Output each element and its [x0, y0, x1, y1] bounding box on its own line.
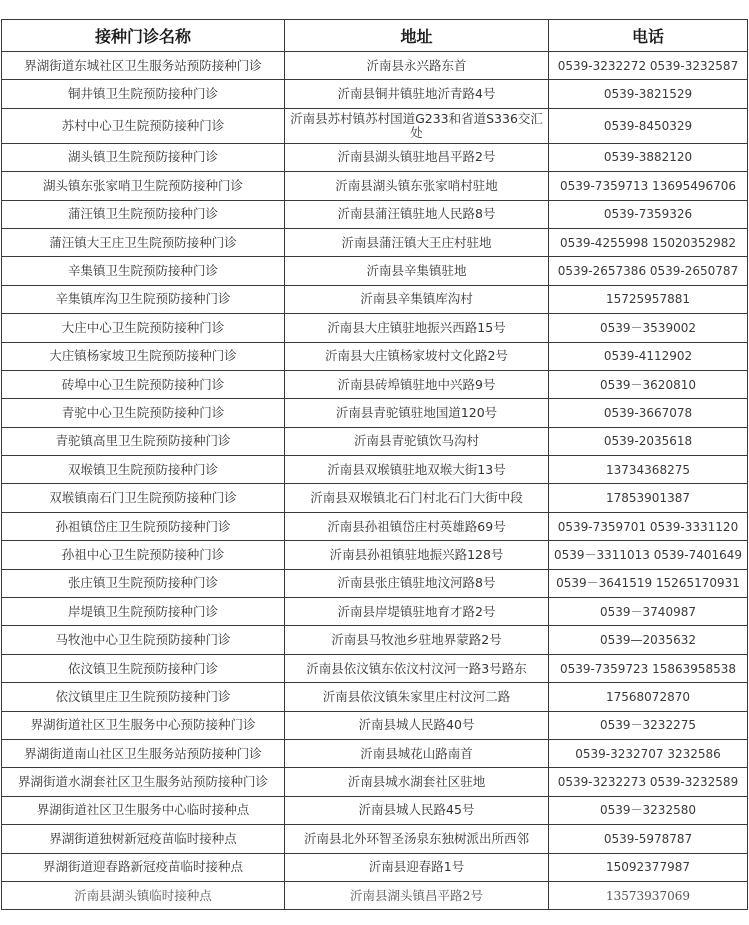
table-row: 界湖街道东城社区卫生服务站预防接种门诊沂南县永兴路东首0539-3232272 … [2, 52, 748, 80]
table-row: 青驼镇高里卫生院预防接种门诊沂南县青驼镇饮马沟村0539-2035618 [2, 427, 748, 455]
table-row: 蒲汪镇卫生院预防接种门诊沂南县蒲汪镇驻地人民路8号0539-7359326 [2, 200, 748, 228]
phone-cell: 0539-8450329 [549, 108, 748, 143]
table-row: 依汶镇里庄卫生院预防接种门诊沂南县依汶镇朱家里庄村汶河二路17568072870 [2, 683, 748, 711]
clinic-name-cell: 湖头镇卫生院预防接种门诊 [2, 143, 285, 171]
address-cell: 沂南县依汶镇东依汶村汶河一路3号路东 [285, 654, 549, 682]
address-cell: 沂南县城水湖套社区驻地 [285, 768, 549, 796]
clinic-name-cell: 岸堤镇卫生院预防接种门诊 [2, 598, 285, 626]
table-header: 接种门诊名称 地址 电话 [2, 20, 748, 52]
clinic-name-cell: 界湖街道迎春路新冠疫苗临时接种点 [2, 853, 285, 881]
address-cell: 沂南县城人民路45号 [285, 796, 549, 824]
phone-cell: 0539-3821529 [549, 80, 748, 108]
phone-cell: 0539－3232275 [549, 711, 748, 739]
clinic-name-cell: 苏村中心卫生院预防接种门诊 [2, 108, 285, 143]
table-row: 苏村中心卫生院预防接种门诊沂南县苏村镇苏村国道G233和省道S336交汇处053… [2, 108, 748, 143]
phone-cell: 0539－3620810 [549, 370, 748, 398]
table-row: 界湖街道迎春路新冠疫苗临时接种点沂南县迎春路1号15092377987 [2, 853, 748, 881]
clinic-name-cell: 张庄镇卫生院预防接种门诊 [2, 569, 285, 597]
phone-cell: 0539－3232580 [549, 796, 748, 824]
address-cell: 沂南县岸堤镇驻地育才路2号 [285, 598, 549, 626]
clinic-name-cell: 辛集镇卫生院预防接种门诊 [2, 257, 285, 285]
table-row: 孙祖镇岱庄卫生院预防接种门诊沂南县孙祖镇岱庄村英雄路69号0539-735970… [2, 512, 748, 540]
clinic-name-cell: 青驼镇高里卫生院预防接种门诊 [2, 427, 285, 455]
address-cell: 沂南县苏村镇苏村国道G233和省道S336交汇处 [285, 108, 549, 143]
address-cell: 沂南县双堠镇驻地双堠大街13号 [285, 456, 549, 484]
clinic-name-cell: 依汶镇卫生院预防接种门诊 [2, 654, 285, 682]
phone-cell: 0539-2035618 [549, 427, 748, 455]
clinic-name-cell: 青驼中心卫生院预防接种门诊 [2, 399, 285, 427]
clinic-name-cell: 双堠镇南石门卫生院预防接种门诊 [2, 484, 285, 512]
table-row: 辛集镇卫生院预防接种门诊沂南县辛集镇驻地0539-2657386 0539-26… [2, 257, 748, 285]
address-cell: 沂南县迎春路1号 [285, 853, 549, 881]
table-row: 湖头镇卫生院预防接种门诊沂南县湖头镇驻地昌平路2号0539-3882120 [2, 143, 748, 171]
table-row: 蒲汪镇大王庄卫生院预防接种门诊沂南县蒲汪镇大王庄村驻地0539-4255998 … [2, 228, 748, 256]
address-cell: 沂南县北外环智圣汤泉东独树派出所西邻 [285, 825, 549, 853]
address-cell: 沂南县蒲汪镇大王庄村驻地 [285, 228, 549, 256]
address-cell: 沂南县孙祖镇岱庄村英雄路69号 [285, 512, 549, 540]
address-cell: 沂南县辛集镇库沟村 [285, 285, 549, 313]
clinic-name-cell: 孙祖中心卫生院预防接种门诊 [2, 541, 285, 569]
clinic-name-cell: 界湖街道南山社区卫生服务站预防接种门诊 [2, 739, 285, 767]
table-row: 界湖街道水湖套社区卫生服务站预防接种门诊沂南县城水湖套社区驻地0539-3232… [2, 768, 748, 796]
clinic-name-cell: 辛集镇库沟卫生院预防接种门诊 [2, 285, 285, 313]
phone-cell: 0539-3667078 [549, 399, 748, 427]
address-cell: 沂南县永兴路东首 [285, 52, 549, 80]
clinic-name-cell: 大庄镇杨家坡卫生院预防接种门诊 [2, 342, 285, 370]
clinic-name-cell: 铜井镇卫生院预防接种门诊 [2, 80, 285, 108]
header-row: 接种门诊名称 地址 电话 [2, 20, 748, 52]
phone-cell: 0539-3882120 [549, 143, 748, 171]
phone-cell: 0539－3740987 [549, 598, 748, 626]
address-cell: 沂南县辛集镇驻地 [285, 257, 549, 285]
table-row: 大庄镇杨家坡卫生院预防接种门诊沂南县大庄镇杨家坡村文化路2号0539-41129… [2, 342, 748, 370]
clinic-name-cell: 蒲汪镇大王庄卫生院预防接种门诊 [2, 228, 285, 256]
clinic-name-cell: 砖埠中心卫生院预防接种门诊 [2, 370, 285, 398]
clinic-name-cell: 沂南县湖头镇临时接种点 [2, 881, 285, 909]
phone-cell: 0539-4255998 15020352982 [549, 228, 748, 256]
phone-cell: 0539－3641519 15265170931 [549, 569, 748, 597]
table-row: 界湖街道独树新冠疫苗临时接种点沂南县北外环智圣汤泉东独树派出所西邻0539-59… [2, 825, 748, 853]
phone-cell: 0539-7359713 13695496706 [549, 172, 748, 200]
phone-cell: 0539-4112902 [549, 342, 748, 370]
address-cell: 沂南县大庄镇杨家坡村文化路2号 [285, 342, 549, 370]
address-cell: 沂南县铜井镇驻地沂青路4号 [285, 80, 549, 108]
address-cell: 沂南县湖头镇东张家哨村驻地 [285, 172, 549, 200]
phone-cell: 0539-7359326 [549, 200, 748, 228]
header-phone: 电话 [549, 20, 748, 52]
address-cell: 沂南县张庄镇驻地汶河路8号 [285, 569, 549, 597]
table-row: 湖头镇东张家哨卫生院预防接种门诊沂南县湖头镇东张家哨村驻地0539-735971… [2, 172, 748, 200]
clinic-name-cell: 界湖街道社区卫生服务中心临时接种点 [2, 796, 285, 824]
vaccination-clinic-table: 接种门诊名称 地址 电话 界湖街道东城社区卫生服务站预防接种门诊沂南县永兴路东首… [1, 19, 748, 910]
table-row: 孙祖中心卫生院预防接种门诊沂南县孙祖镇驻地振兴路128号0539－3311013… [2, 541, 748, 569]
phone-cell: 0539－3539002 [549, 314, 748, 342]
table-row: 依汶镇卫生院预防接种门诊沂南县依汶镇东依汶村汶河一路3号路东0539-73597… [2, 654, 748, 682]
table-row: 铜井镇卫生院预防接种门诊沂南县铜井镇驻地沂青路4号0539-3821529 [2, 80, 748, 108]
address-cell: 沂南县湖头镇昌平路2号 [285, 881, 549, 909]
clinic-name-cell: 大庄中心卫生院预防接种门诊 [2, 314, 285, 342]
phone-cell: 0539-3232273 0539-3232589 [549, 768, 748, 796]
header-clinic-name: 接种门诊名称 [2, 20, 285, 52]
phone-cell: 0539—2035632 [549, 626, 748, 654]
clinic-name-cell: 界湖街道独树新冠疫苗临时接种点 [2, 825, 285, 853]
address-cell: 沂南县马牧池乡驻地界蒙路2号 [285, 626, 549, 654]
table-row: 双堠镇卫生院预防接种门诊沂南县双堠镇驻地双堠大街13号13734368275 [2, 456, 748, 484]
clinic-name-cell: 界湖街道东城社区卫生服务站预防接种门诊 [2, 52, 285, 80]
phone-cell: 13734368275 [549, 456, 748, 484]
header-address: 地址 [285, 20, 549, 52]
address-cell: 沂南县大庄镇驻地振兴西路15号 [285, 314, 549, 342]
address-cell: 沂南县青驼镇驻地国道120号 [285, 399, 549, 427]
table-row: 辛集镇库沟卫生院预防接种门诊沂南县辛集镇库沟村15725957881 [2, 285, 748, 313]
phone-cell: 17853901387 [549, 484, 748, 512]
phone-cell: 0539-2657386 0539-2650787 [549, 257, 748, 285]
phone-cell: 0539-7359701 0539-3331120 [549, 512, 748, 540]
table-row: 界湖街道社区卫生服务中心预防接种门诊沂南县城人民路40号0539－3232275 [2, 711, 748, 739]
phone-cell: 0539－3311013 0539-7401649 [549, 541, 748, 569]
clinic-name-cell: 湖头镇东张家哨卫生院预防接种门诊 [2, 172, 285, 200]
table-body: 界湖街道东城社区卫生服务站预防接种门诊沂南县永兴路东首0539-3232272 … [2, 52, 748, 910]
phone-cell: 0539-5978787 [549, 825, 748, 853]
address-cell: 沂南县双堠镇北石门村北石门大街中段 [285, 484, 549, 512]
table-row: 青驼中心卫生院预防接种门诊沂南县青驼镇驻地国道120号0539-3667078 [2, 399, 748, 427]
clinic-name-cell: 界湖街道社区卫生服务中心预防接种门诊 [2, 711, 285, 739]
phone-cell: 0539-3232707 3232586 [549, 739, 748, 767]
table-row: 张庄镇卫生院预防接种门诊沂南县张庄镇驻地汶河路8号0539－3641519 15… [2, 569, 748, 597]
phone-cell: 0539-7359723 15863958538 [549, 654, 748, 682]
vaccination-clinic-table-container: 接种门诊名称 地址 电话 界湖街道东城社区卫生服务站预防接种门诊沂南县永兴路东首… [1, 19, 748, 910]
phone-cell: 13573937069 [549, 881, 748, 909]
table-row: 大庄中心卫生院预防接种门诊沂南县大庄镇驻地振兴西路15号0539－3539002 [2, 314, 748, 342]
clinic-name-cell: 马牧池中心卫生院预防接种门诊 [2, 626, 285, 654]
clinic-name-cell: 蒲汪镇卫生院预防接种门诊 [2, 200, 285, 228]
phone-cell: 15725957881 [549, 285, 748, 313]
clinic-name-cell: 孙祖镇岱庄卫生院预防接种门诊 [2, 512, 285, 540]
table-row: 界湖街道南山社区卫生服务站预防接种门诊沂南县城花山路南首0539-3232707… [2, 739, 748, 767]
address-cell: 沂南县青驼镇饮马沟村 [285, 427, 549, 455]
phone-cell: 17568072870 [549, 683, 748, 711]
address-cell: 沂南县城花山路南首 [285, 739, 549, 767]
table-row: 砖埠中心卫生院预防接种门诊沂南县砖埠镇驻地中兴路9号0539－3620810 [2, 370, 748, 398]
address-cell: 沂南县砖埠镇驻地中兴路9号 [285, 370, 549, 398]
clinic-name-cell: 双堠镇卫生院预防接种门诊 [2, 456, 285, 484]
address-cell: 沂南县城人民路40号 [285, 711, 549, 739]
address-cell: 沂南县蒲汪镇驻地人民路8号 [285, 200, 549, 228]
table-row: 沂南县湖头镇临时接种点沂南县湖头镇昌平路2号13573937069 [2, 881, 748, 909]
table-row: 双堠镇南石门卫生院预防接种门诊沂南县双堠镇北石门村北石门大街中段17853901… [2, 484, 748, 512]
address-cell: 沂南县孙祖镇驻地振兴路128号 [285, 541, 549, 569]
table-row: 界湖街道社区卫生服务中心临时接种点沂南县城人民路45号0539－3232580 [2, 796, 748, 824]
phone-cell: 0539-3232272 0539-3232587 [549, 52, 748, 80]
clinic-name-cell: 界湖街道水湖套社区卫生服务站预防接种门诊 [2, 768, 285, 796]
address-cell: 沂南县湖头镇驻地昌平路2号 [285, 143, 549, 171]
table-row: 马牧池中心卫生院预防接种门诊沂南县马牧池乡驻地界蒙路2号0539—2035632 [2, 626, 748, 654]
address-cell: 沂南县依汶镇朱家里庄村汶河二路 [285, 683, 549, 711]
phone-cell: 15092377987 [549, 853, 748, 881]
clinic-name-cell: 依汶镇里庄卫生院预防接种门诊 [2, 683, 285, 711]
table-row: 岸堤镇卫生院预防接种门诊沂南县岸堤镇驻地育才路2号0539－3740987 [2, 598, 748, 626]
